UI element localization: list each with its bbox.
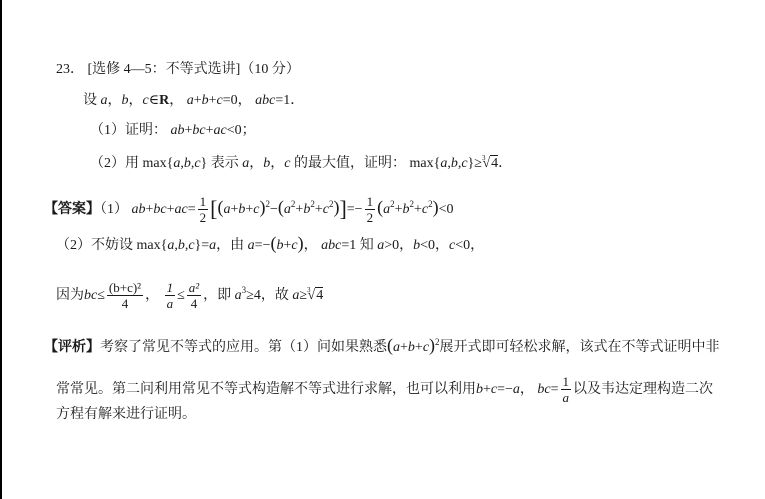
real-set: R — [159, 93, 169, 108]
analysis-text-2b: 以及韦达定理构造二次 — [573, 382, 713, 397]
analysis-line3: 方程有解来进行证明。 — [56, 405, 196, 425]
answer-part2-line2: 因为bc≤(b+c)²4， 1a≤a²4，即 a3≥4，故 a≥3√4 — [56, 278, 323, 315]
cube-root: 3√4 — [482, 154, 498, 175]
analysis-text-1b: 展开式即可轻松求解，该式在不等式证明中非 — [440, 340, 720, 355]
problem-category: [选修 4—5：不等式选讲]（10 分） — [88, 62, 300, 77]
problem-number: 23． — [56, 62, 84, 77]
fraction-half: 12 — [198, 194, 209, 225]
answer-part1: 【答案】（1） ab+bc+ac=12[(a+b+c)2−(a2+b2+c2)]… — [44, 193, 454, 225]
answer-tag: 【答案】 — [44, 202, 100, 217]
problem-header: 23． [选修 4—5：不等式选讲]（10 分） — [56, 60, 300, 80]
part2-label: （2）用 — [90, 156, 139, 171]
analysis-text-2a: 常常见。第二问利用常见不等式构造解不等式进行求解，也可以利用 — [56, 382, 476, 397]
problem-part2: （2）用 max{a,b,c} 表示 a，b，c 的最大值，证明： max{a,… — [90, 154, 512, 175]
because-label: 因为 — [56, 288, 84, 303]
analysis-tag: 【评析】 — [44, 340, 100, 355]
answer-part2-line1: （2）不妨设 max{a,b,c}=a，由 a=−(b+c)， abc=1 知 … — [56, 233, 484, 256]
given-prefix: 设 — [83, 93, 97, 108]
problem-given: 设 a，b，c∈R， a+b+c=0， abc=1． — [83, 91, 304, 111]
analysis-text-1a: 考察了常见不等式的应用。第（1）问如果熟悉 — [100, 340, 387, 355]
page-left-border — [0, 0, 2, 499]
problem-part1: （1）证明： ab+bc+ac<0； — [90, 121, 256, 141]
part1-label: （1）证明： — [90, 123, 167, 138]
answer-part1-label: （1） — [100, 202, 128, 217]
analysis-line2: 常常见。第二问利用常见不等式构造解不等式进行求解，也可以利用b+c=−a， bc… — [56, 372, 713, 408]
analysis-line1: 【评析】考察了常见不等式的应用。第（1）问如果熟悉(a+b+c)2展开式即可轻松… — [44, 335, 720, 358]
